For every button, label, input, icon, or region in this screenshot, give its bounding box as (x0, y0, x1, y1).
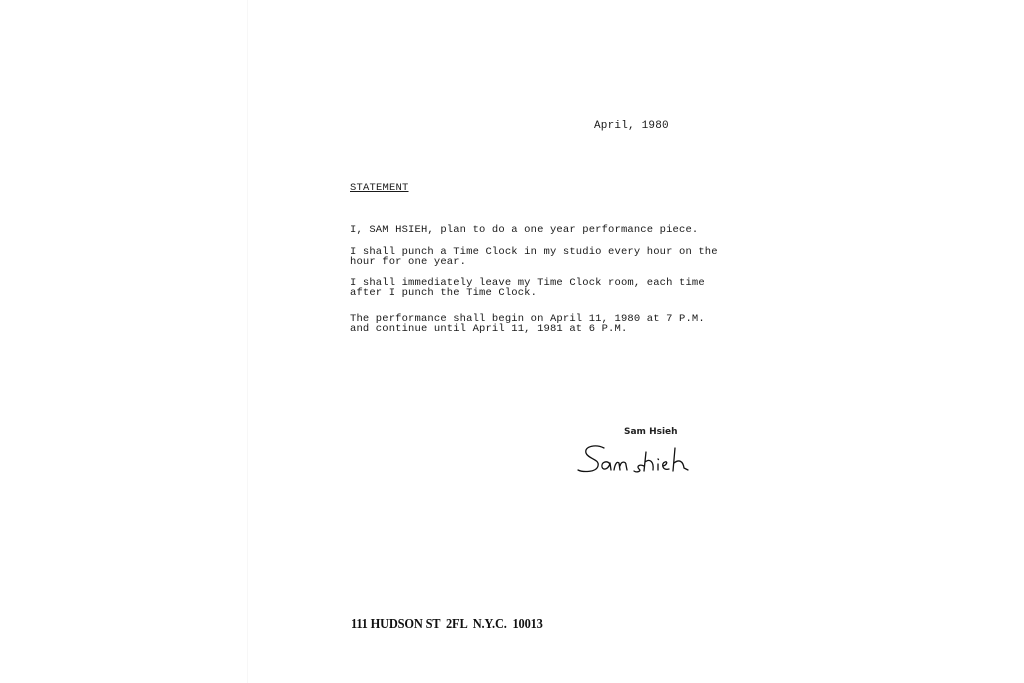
handwritten-signature (574, 440, 706, 480)
statement-heading: STATEMENT (350, 182, 409, 194)
letter-page (248, 0, 776, 683)
statement-paragraph-2: I shall punch a Time Clock in my studio … (350, 247, 718, 267)
letter-date: April, 1980 (594, 120, 669, 132)
statement-paragraph-1: I, SAM HSIEH, plan to do a one year perf… (350, 225, 698, 235)
footer-address: 111 HUDSON ST 2FL N.Y.C. 10013 (351, 616, 543, 632)
statement-paragraph-4: The performance shall begin on April 11,… (350, 314, 705, 334)
typed-signature-name: Sam Hsieh (624, 427, 678, 437)
statement-paragraph-3: I shall immediately leave my Time Clock … (350, 278, 705, 298)
